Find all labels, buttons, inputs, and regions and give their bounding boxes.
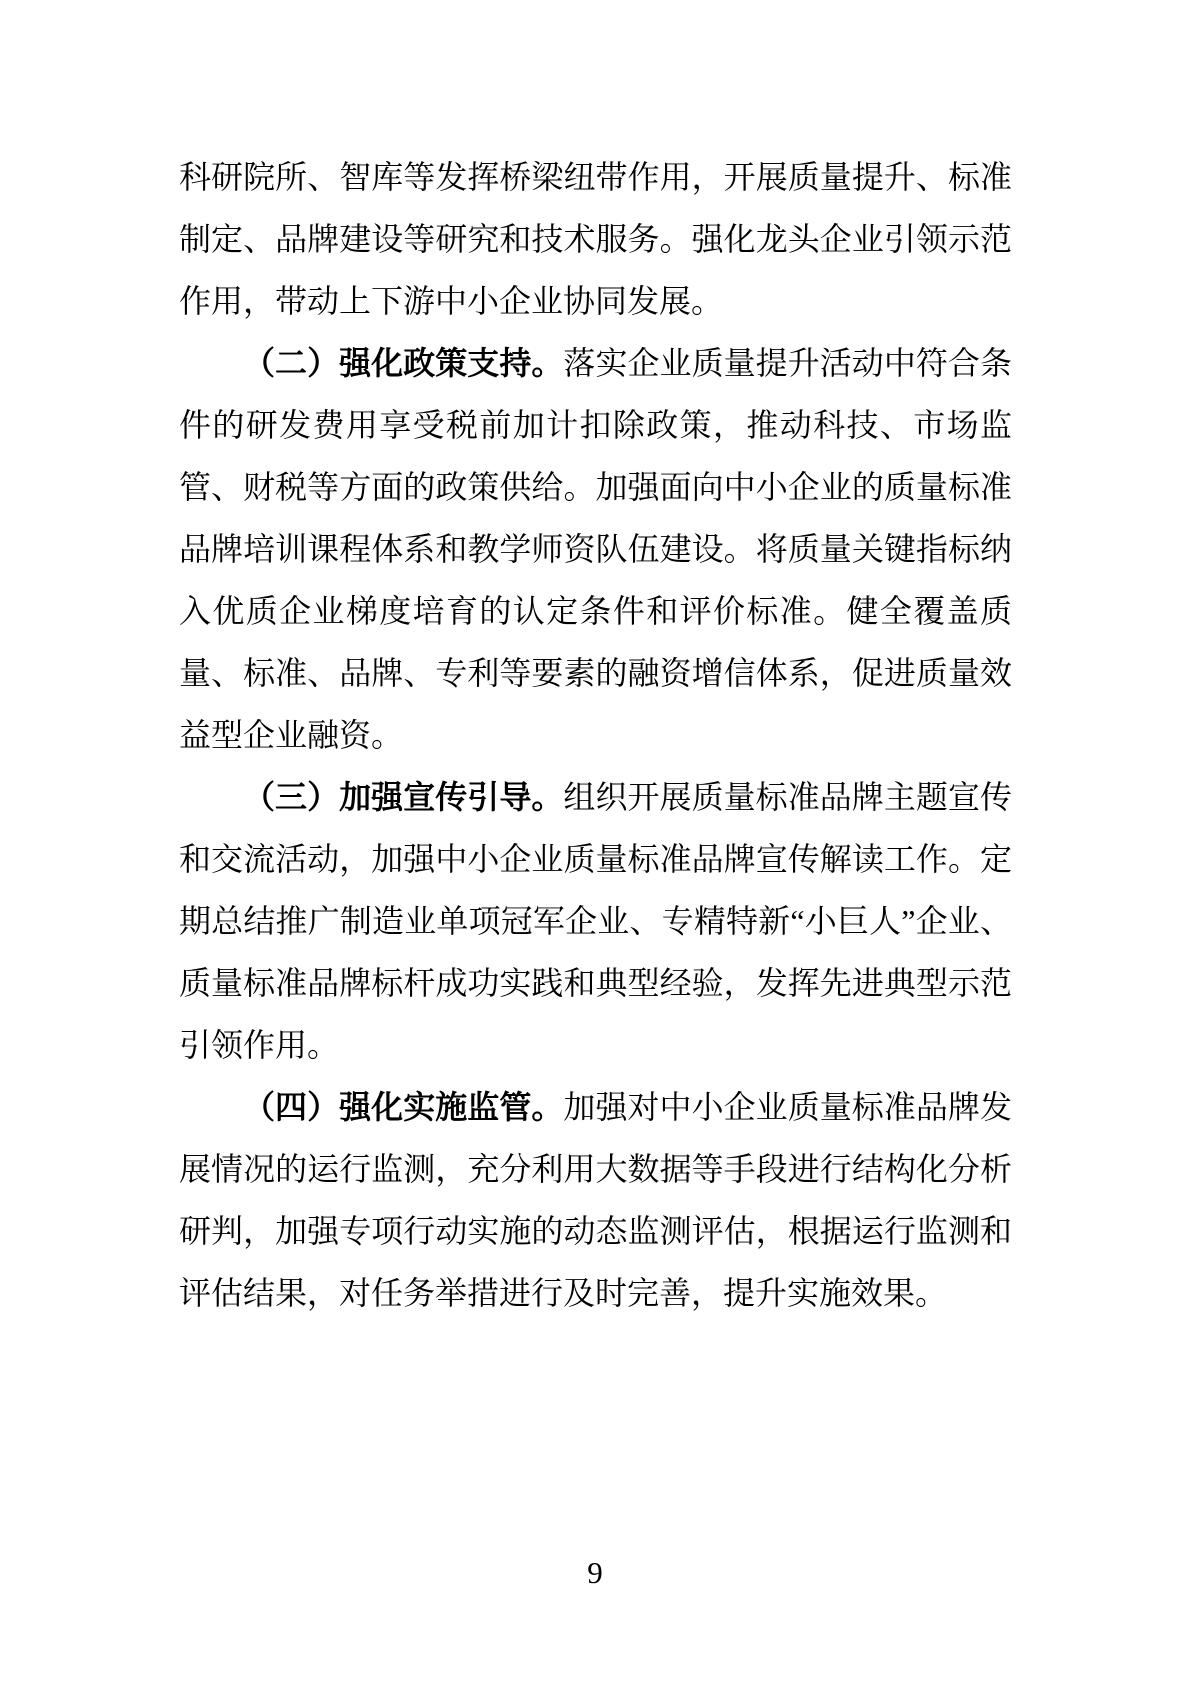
section-3-heading: （三）加强宣传引导。 [243, 779, 563, 815]
paragraph-section-3: （三）加强宣传引导。组织开展质量标准品牌主题宣传和交流活动，加强中小企业质量标准… [179, 766, 1012, 1076]
page-footer: 9 [0, 1553, 1190, 1593]
document-body: 科研院所、智库等发挥桥梁纽带作用，开展质量提升、标准制定、品牌建设等研究和技术服… [179, 146, 1012, 1324]
paragraph-continuation: 科研院所、智库等发挥桥梁纽带作用，开展质量提升、标准制定、品牌建设等研究和技术服… [179, 146, 1012, 332]
section-2-heading: （二）强化政策支持。 [243, 345, 563, 381]
paragraph-section-4: （四）强化实施监管。加强对中小企业质量标准品牌发展情况的运行监测，充分利用大数据… [179, 1076, 1012, 1324]
page-number: 9 [587, 1555, 603, 1590]
document-page: 科研院所、智库等发挥桥梁纽带作用，开展质量提升、标准制定、品牌建设等研究和技术服… [0, 0, 1190, 1683]
section-2-body-text: 落实企业质量提升活动中符合条件的研发费用享受税前加计扣除政策，推动科技、市场监管… [179, 345, 1012, 753]
section-3-body-text: 组织开展质量标准品牌主题宣传和交流活动，加强中小企业质量标准品牌宣传解读工作。定… [179, 779, 1012, 1063]
paragraph-section-2: （二）强化政策支持。落实企业质量提升活动中符合条件的研发费用享受税前加计扣除政策… [179, 332, 1012, 766]
section-4-heading: （四）强化实施监管。 [243, 1089, 563, 1125]
